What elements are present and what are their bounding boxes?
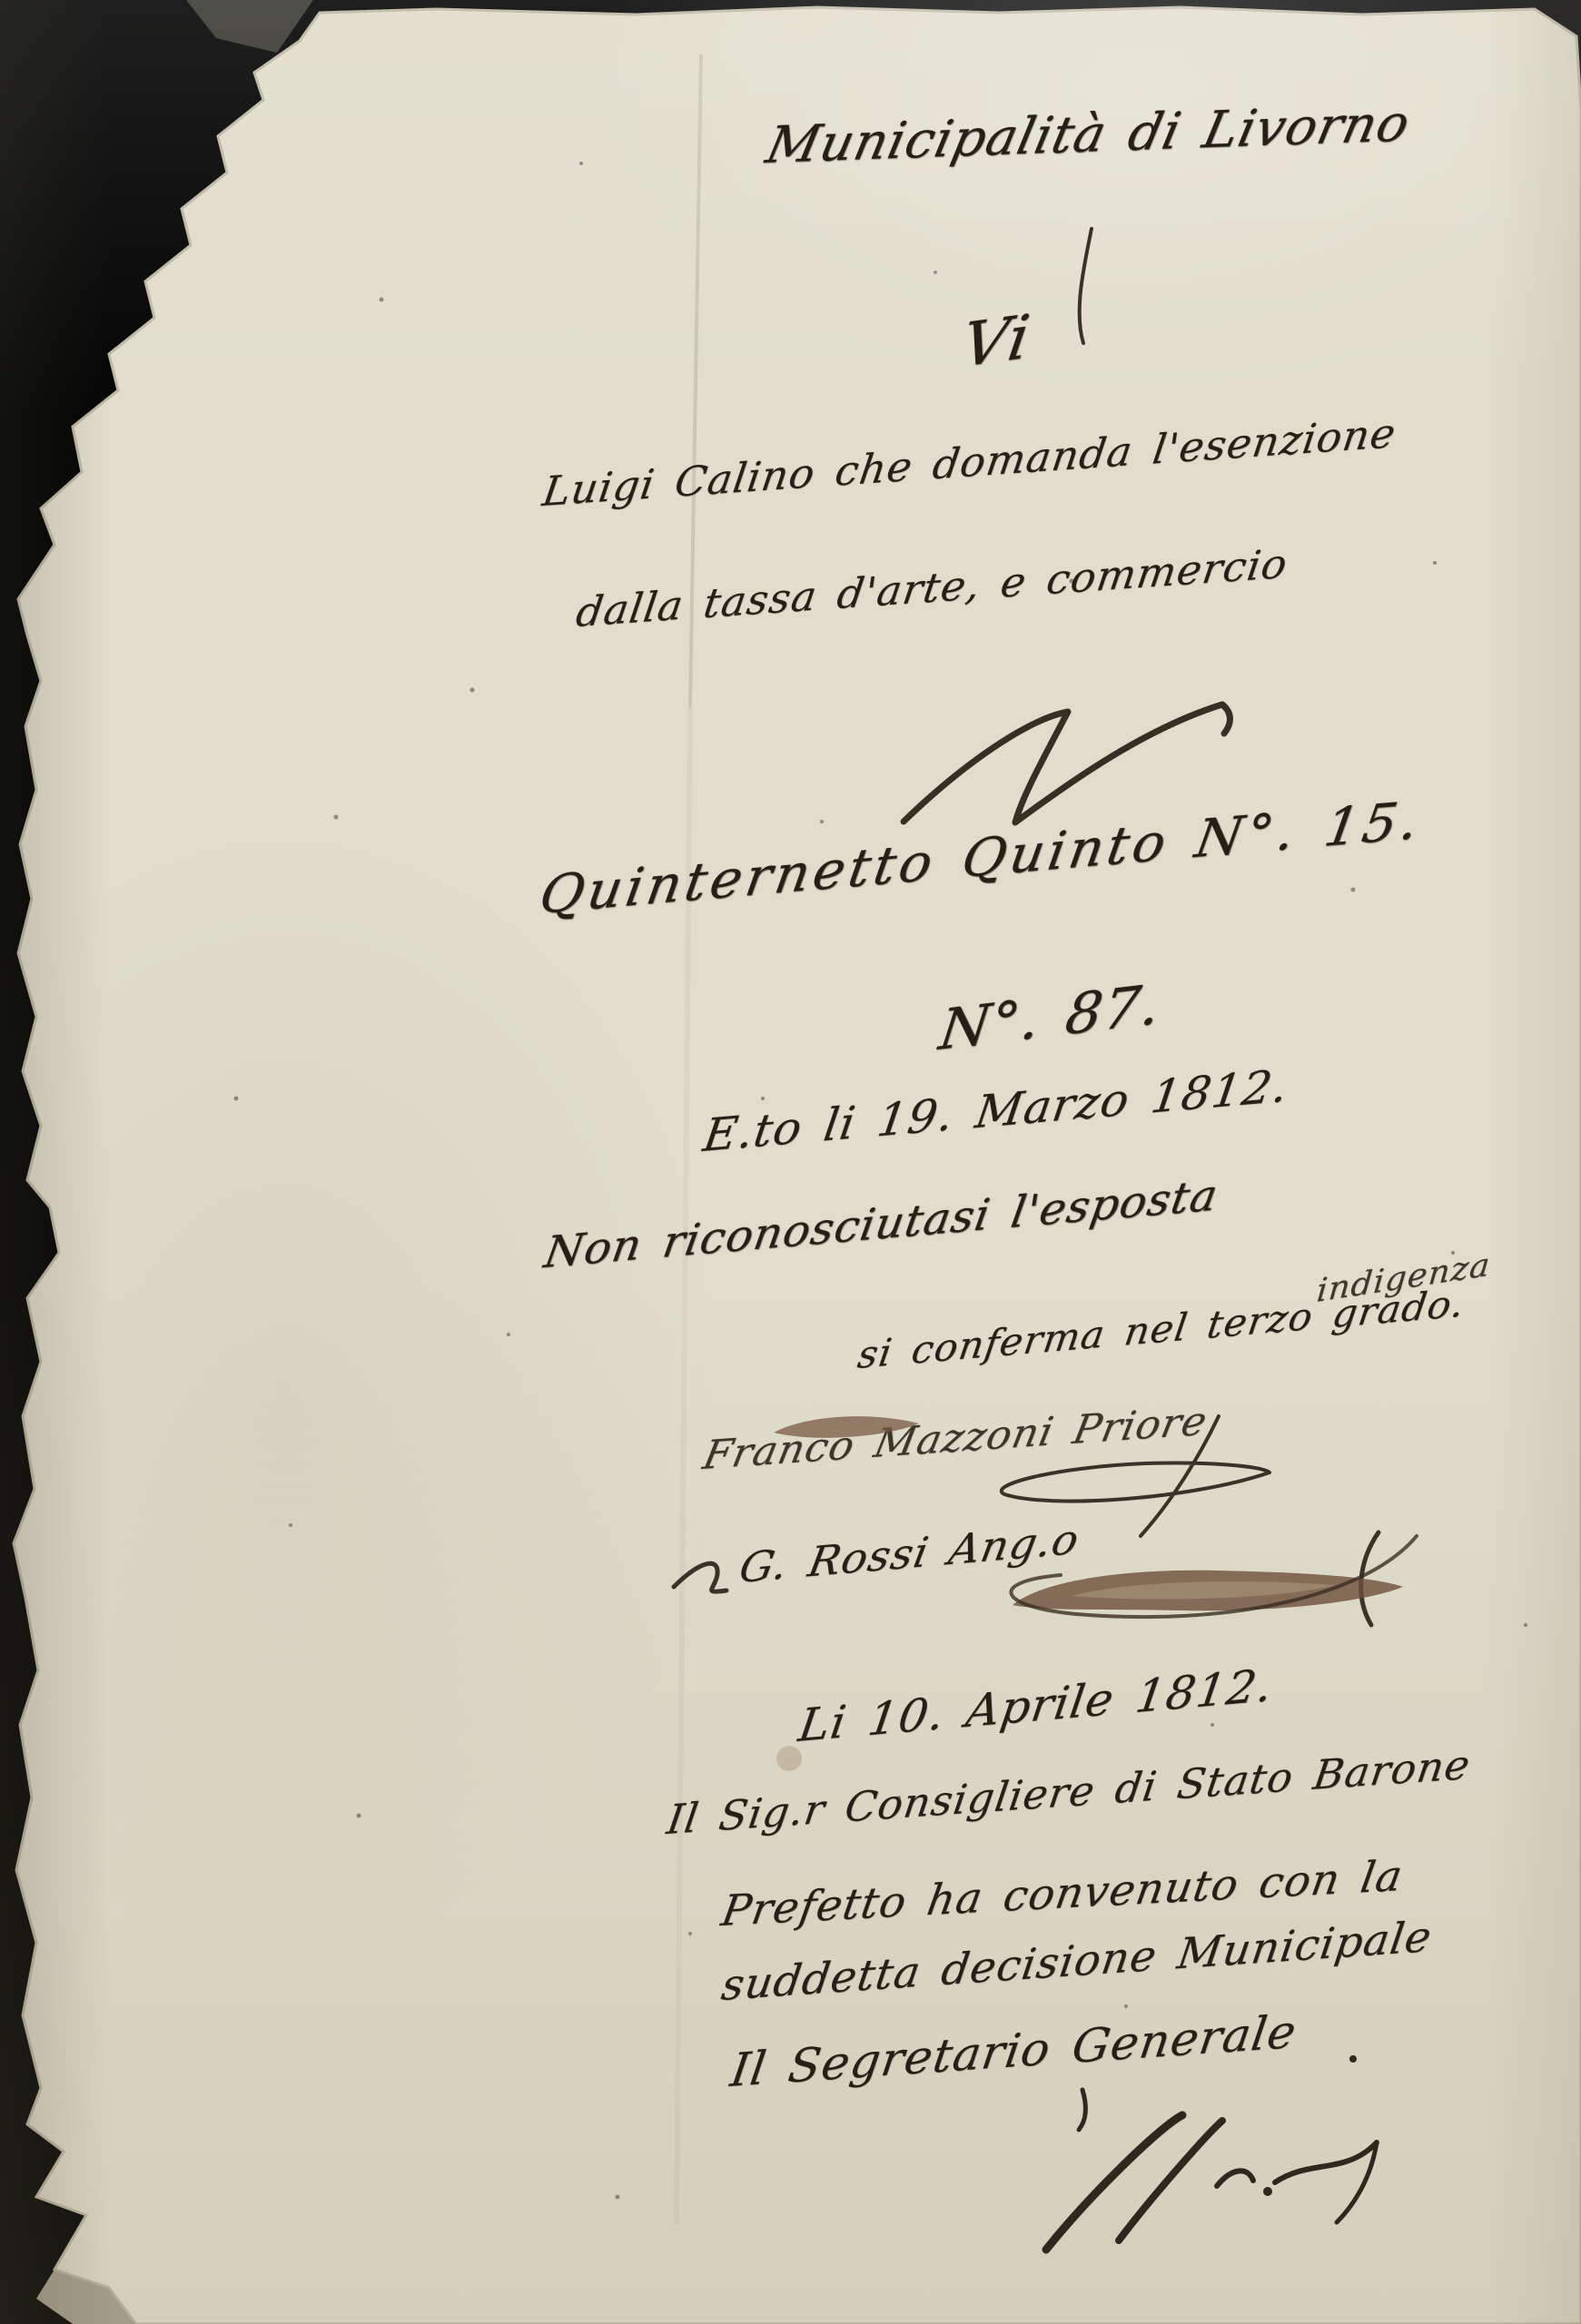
midpage-paraph-flourish xyxy=(904,704,1230,822)
rossi-leading-squiggle xyxy=(674,1563,726,1591)
secretary-signature-paraph xyxy=(1046,2055,1377,2250)
title-tail-flourish xyxy=(1080,229,1092,343)
rossi-trailing-stroke xyxy=(1361,1532,1378,1625)
priore-signature-flourish xyxy=(1002,1416,1270,1536)
scanned-document-page: Municipalità di Livorno Vi Luigi Calino … xyxy=(0,0,1581,2324)
ink-flourishes xyxy=(0,0,1581,2324)
ink-smudge-small xyxy=(774,1416,919,1438)
